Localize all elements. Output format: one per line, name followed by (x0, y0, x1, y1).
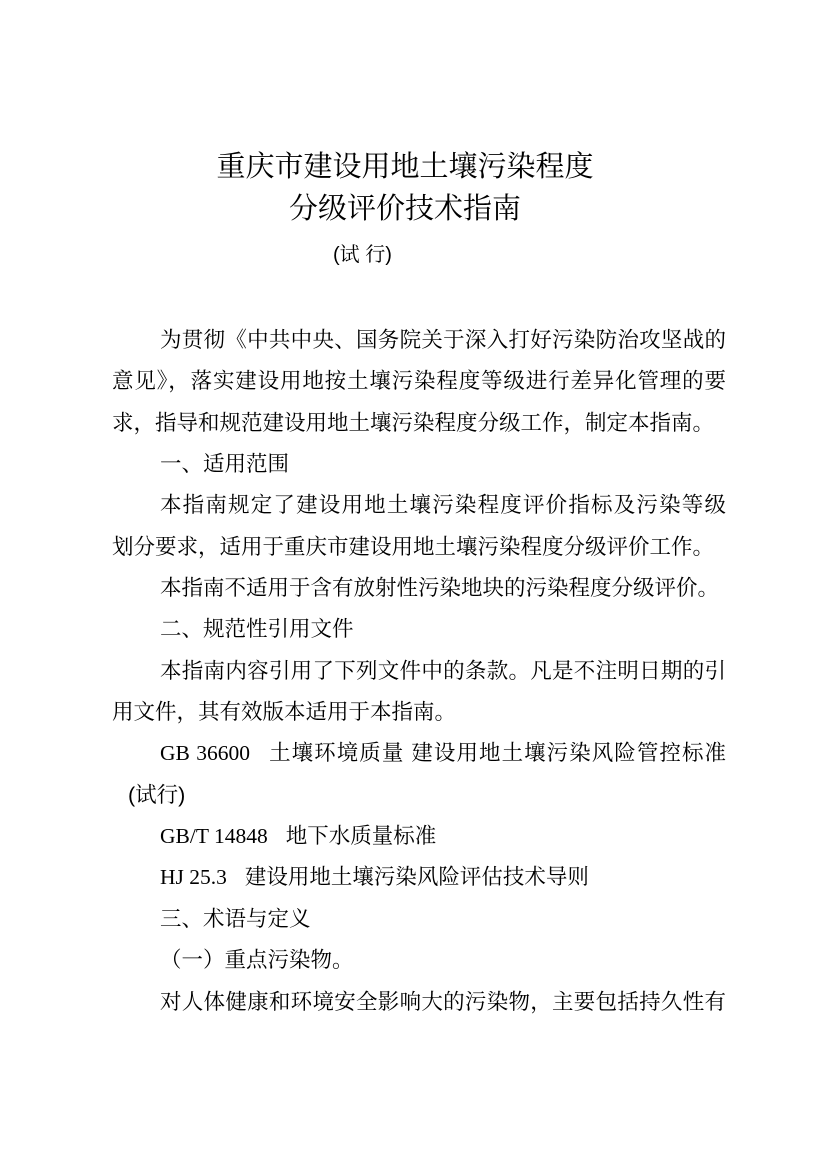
text-line: HJ 25.3建设用地土壤污染风险评估技术导则 (112, 857, 726, 898)
document-subtitle: (试 行) (333, 242, 392, 269)
document-title: 重庆市建设用地土壤污染程度 分级评价技术指南 (112, 146, 698, 230)
line-text: 三、术语与定义 (160, 907, 311, 931)
line-text: 为贯彻《中共中央、国务院关于深入打好污染防治攻坚战的 (160, 328, 726, 352)
text-line: 为贯彻《中共中央、国务院关于深入打好污染防治攻坚战的 (112, 320, 726, 361)
text-line: 对人体健康和环境安全影响大的污染物，主要包括持久性有 (112, 982, 726, 1023)
text-line: 本指南规定了建设用地土壤污染程度评价指标及污染等级 (112, 485, 726, 526)
text-line: 二、规范性引用文件 (112, 609, 726, 650)
standard-code: HJ 25.3 (160, 865, 227, 889)
standard-code: GB 36600 (160, 741, 250, 765)
line-text: 划分要求，适用于重庆市建设用地土壤污染程度分级评价工作。 (112, 535, 714, 559)
text-line: 本指南内容引用了下列文件中的条款。凡是不注明日期的引 (112, 651, 726, 692)
line-text: 土壤环境质量 建设用地土壤污染风险管控标准 (268, 741, 726, 765)
text-line: GB/T 14848地下水质量标准 (112, 816, 726, 857)
line-text: 用文件，其有效版本适用于本指南。 (112, 700, 456, 724)
text-line: 划分要求，适用于重庆市建设用地土壤污染程度分级评价工作。 (112, 527, 726, 568)
line-text: 对人体健康和环境安全影响大的污染物，主要包括持久性有 (160, 990, 726, 1014)
text-line: 求，指导和规范建设用地土壤污染程度分级工作，制定本指南。 (112, 403, 726, 444)
text-line: 用文件，其有效版本适用于本指南。 (112, 692, 726, 733)
line-text: 本指南不适用于含有放射性污染地块的污染程度分级评价。 (160, 576, 719, 600)
document-page: 重庆市建设用地土壤污染程度 分级评价技术指南 (试 行) 为贯彻《中共中央、国务… (0, 0, 826, 1169)
line-text: 一、适用范围 (160, 452, 289, 476)
title-line-2: 分级评价技术指南 (112, 188, 698, 230)
line-text: 本指南内容引用了下列文件中的条款。凡是不注明日期的引 (160, 659, 726, 683)
text-line: 三、术语与定义 (112, 899, 726, 940)
line-text: （一）重点污染物。 (160, 948, 354, 972)
text-line: 本指南不适用于含有放射性污染地块的污染程度分级评价。 (112, 568, 726, 609)
line-text: 求，指导和规范建设用地土壤污染程度分级工作，制定本指南。 (112, 411, 714, 435)
line-text: 建设用地土壤污染风险评估技术导则 (245, 865, 589, 889)
line-text: 本指南规定了建设用地土壤污染程度评价指标及污染等级 (160, 493, 726, 517)
title-line-1: 重庆市建设用地土壤污染程度 (112, 146, 698, 188)
line-text: 地下水质量标准 (286, 824, 437, 848)
document-body: 为贯彻《中共中央、国务院关于深入打好污染防治攻坚战的意见》，落实建设用地按土壤污… (112, 320, 726, 1023)
text-line: GB 36600土壤环境质量 建设用地土壤污染风险管控标准 (112, 733, 726, 774)
text-line: (试行) (112, 775, 726, 816)
standard-code: GB/T 14848 (160, 824, 268, 848)
text-line: （一）重点污染物。 (112, 940, 726, 981)
text-line: 一、适用范围 (112, 444, 726, 485)
line-text: 意见》，落实建设用地按土壤污染程度等级进行差异化管理的要 (112, 369, 726, 393)
line-text: (试行) (128, 783, 185, 807)
text-line: 意见》，落实建设用地按土壤污染程度等级进行差异化管理的要 (112, 361, 726, 402)
line-text: 二、规范性引用文件 (160, 617, 354, 641)
